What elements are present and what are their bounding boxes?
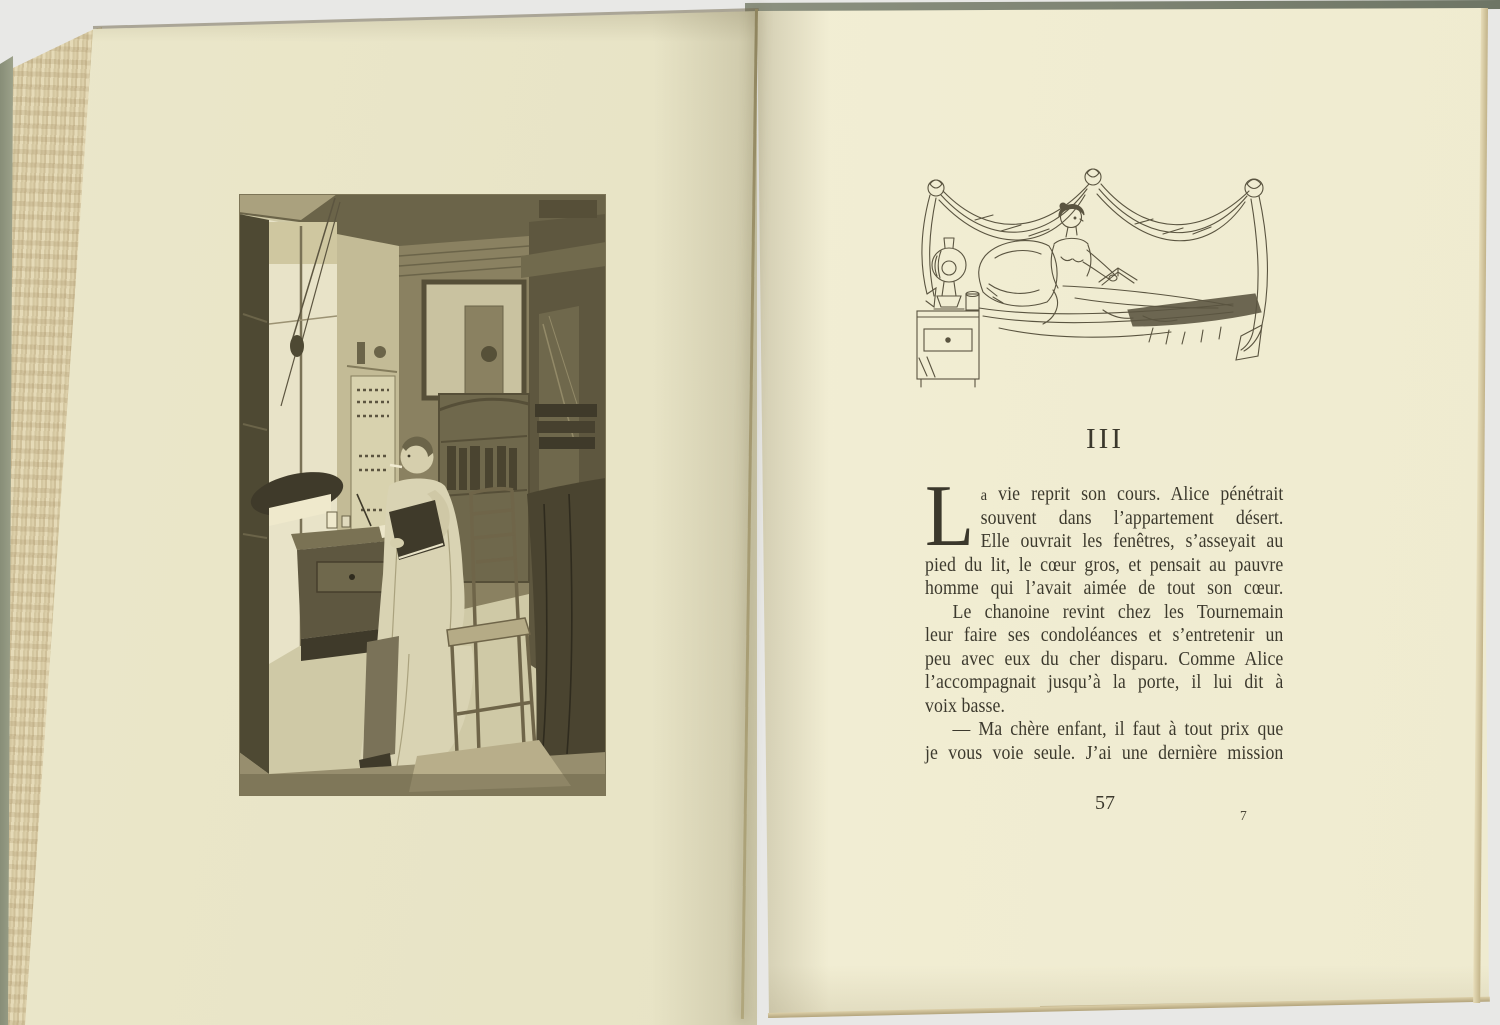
text-line: Elle ouvrait les fenêtres, s’asseyait au — [925, 530, 1283, 554]
body-text: L a vie reprit son cours. Alice pénétrai… — [925, 483, 1283, 765]
text-line: je vous voie seule. J’ai une dernière mi… — [925, 742, 1283, 766]
chapter-heading: III — [925, 423, 1285, 456]
headpiece-illustration — [903, 158, 1291, 392]
paragraph: Le chanoine revint chez les Tournemain l… — [925, 601, 1283, 719]
text-line: voix basse. — [925, 695, 1283, 719]
bed — [979, 241, 1261, 344]
text-line: l’accompagnait jusqu’à la porte, il lui … — [925, 671, 1283, 695]
book-photo-scene: III L a vie reprit son cours. Alice péné… — [0, 0, 1500, 1025]
text-line: a vie reprit son cours. Alice pénétrait — [925, 483, 1283, 507]
drop-cap: L — [925, 486, 972, 552]
etching-plate-man-writing — [239, 194, 606, 796]
paragraph: L a vie reprit son cours. Alice pénétrai… — [925, 483, 1283, 601]
text-line: souvent dans l’appartement désert. — [925, 507, 1283, 531]
oil-lamp — [932, 238, 979, 310]
nightstand — [917, 311, 979, 387]
text-line: homme qui l’avait aimée de tout son cœur… — [925, 577, 1283, 601]
signature-mark: 7 — [1240, 808, 1247, 824]
bed-scene-drawing — [903, 158, 1291, 392]
reading-woman — [1051, 203, 1137, 288]
paragraph: — Ma chère enfant, il faut à tout prix q… — [925, 718, 1283, 765]
text-line: peu avec eux du cher disparu. Comme Alic… — [925, 648, 1283, 672]
text-line: — Ma chère enfant, il faut à tout prix q… — [925, 718, 1283, 742]
canopy-swags — [922, 169, 1268, 360]
folio-page-number: 57 — [925, 792, 1285, 815]
desk-scene-etching — [239, 194, 606, 796]
text-line: leur faire ses condoléances et s’entrete… — [925, 624, 1283, 648]
text-line: Le chanoine revint chez les Tournemain — [925, 601, 1283, 625]
text-line: pied du lit, le cœur gros, et pensait au… — [925, 554, 1283, 578]
